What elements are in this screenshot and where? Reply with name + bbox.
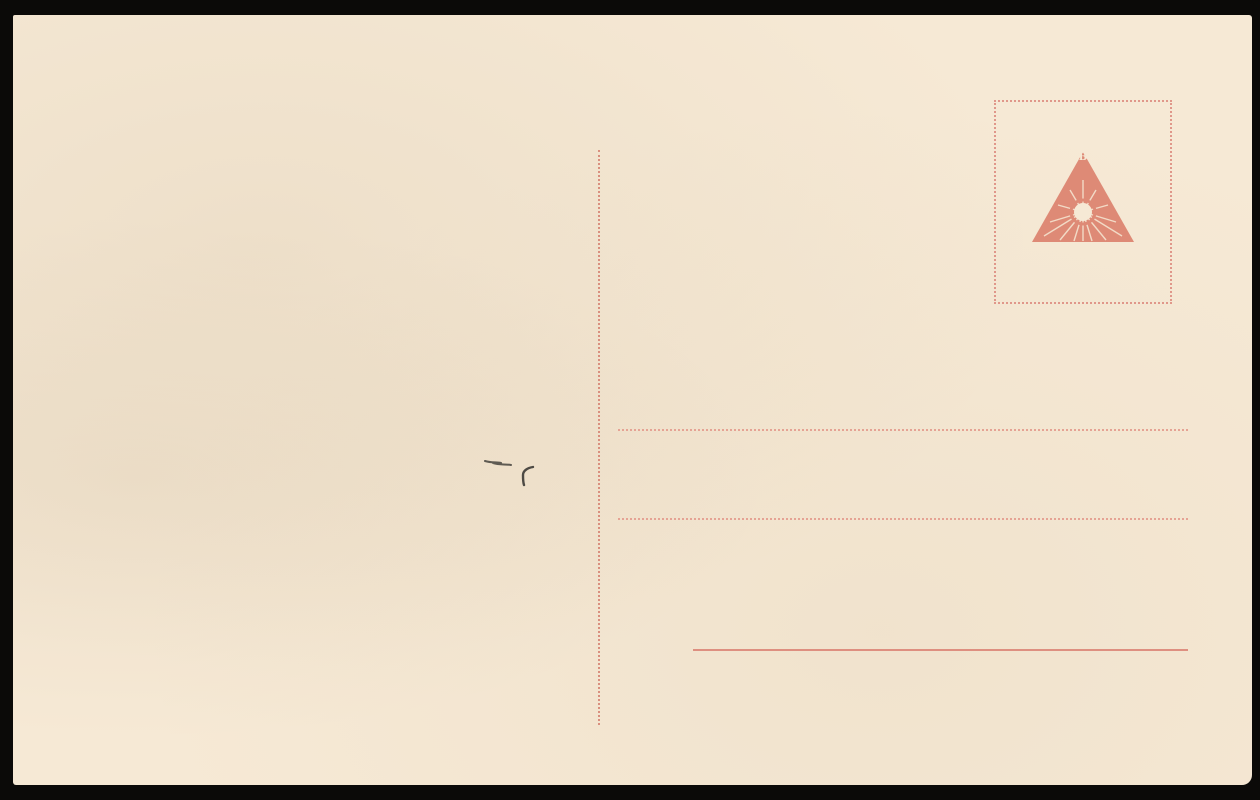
pencil-mark [481,457,551,497]
publisher-emblem-icon: B [1030,150,1136,246]
address-line-2 [618,518,1188,520]
address-line-3 [693,649,1188,651]
message-address-divider [598,150,600,725]
emblem-letter: B [1077,152,1089,164]
postcard-back: B [13,15,1252,785]
address-line-1 [618,429,1188,431]
stamp-box: B [994,100,1172,304]
